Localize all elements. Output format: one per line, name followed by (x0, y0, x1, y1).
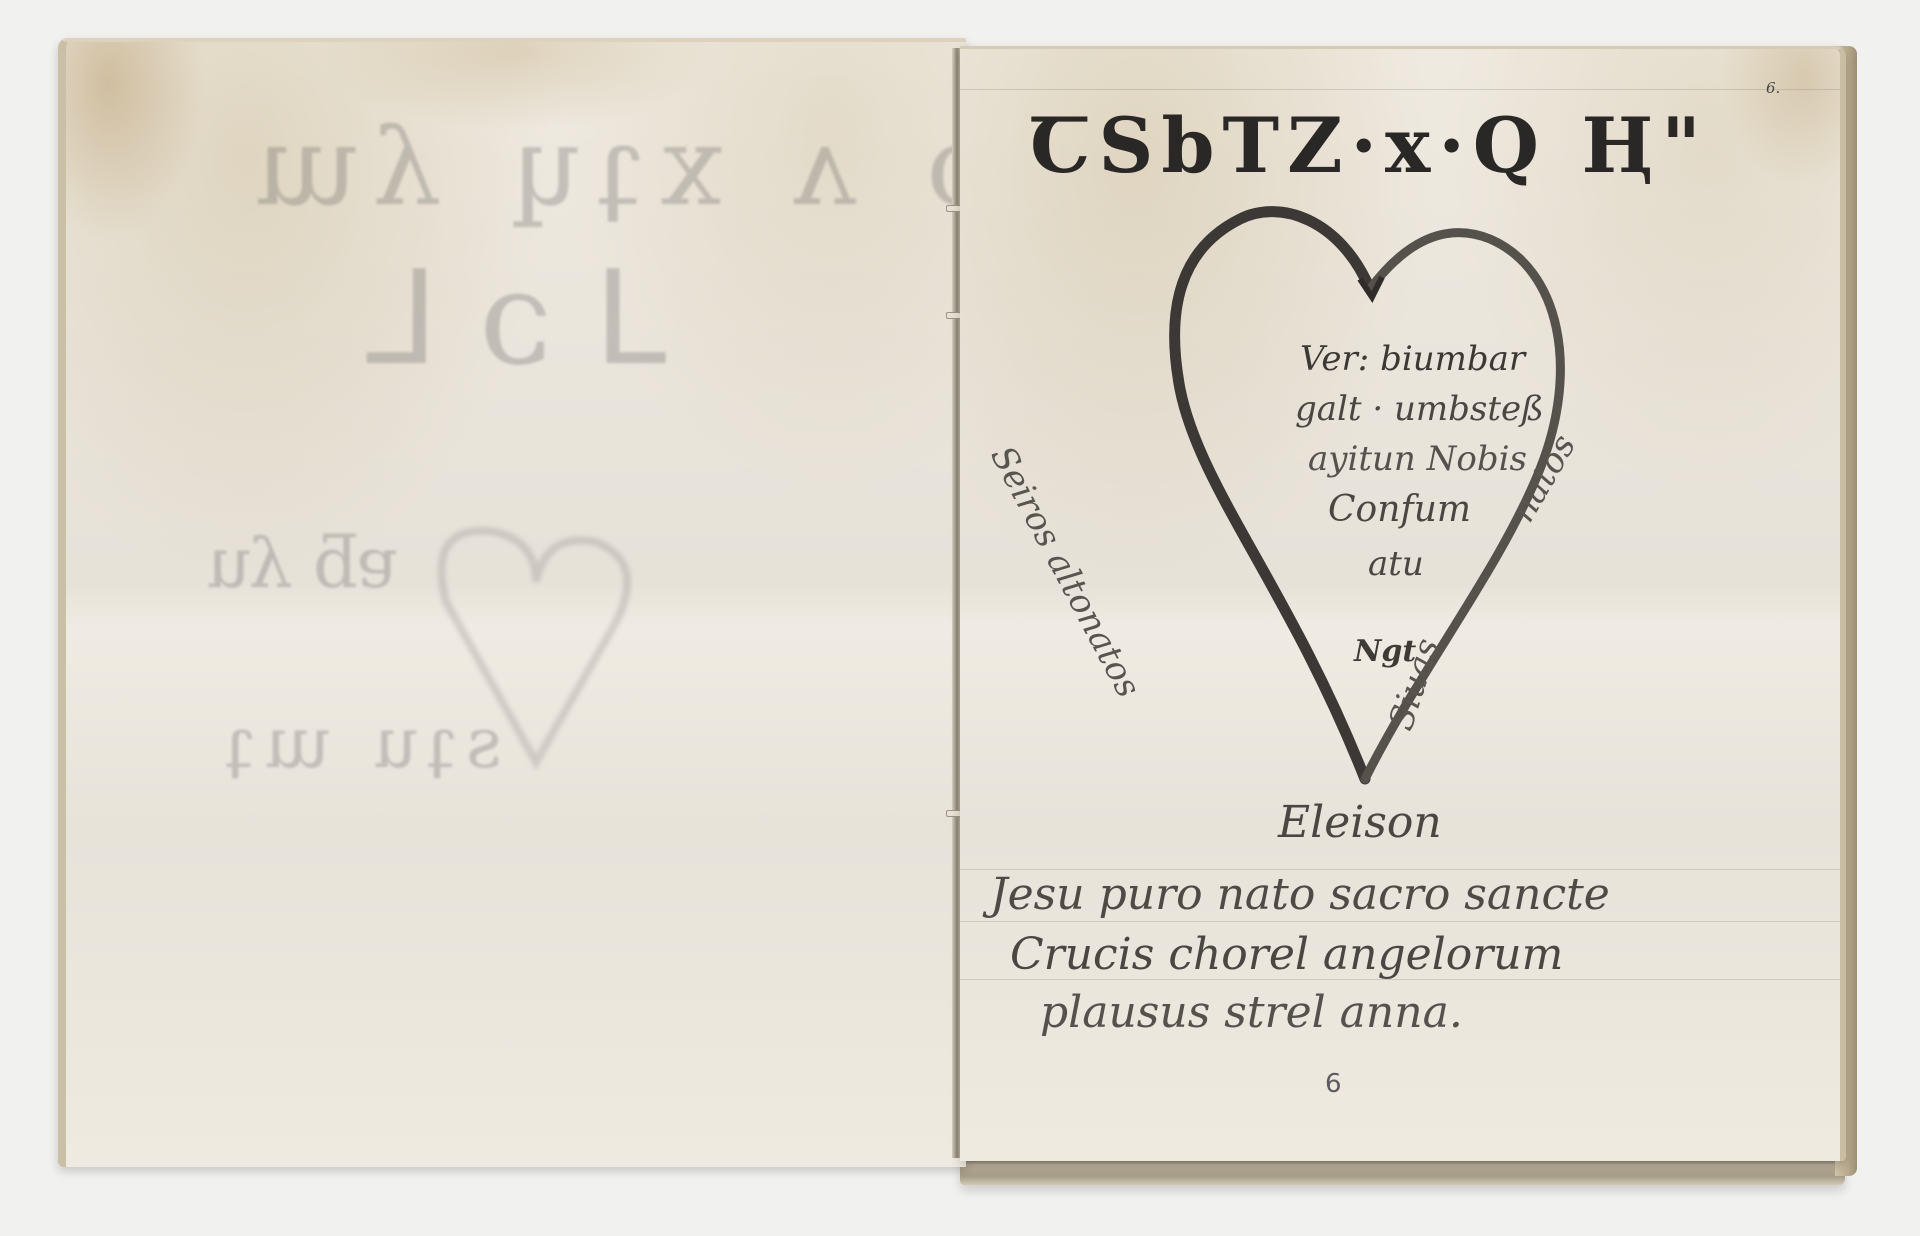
folio-number: 6. (1766, 79, 1780, 97)
cipher-heading: ꞆSbTZ·x·Q Ⱨ" (1030, 101, 1709, 190)
heart-text-line: atu (1368, 544, 1424, 584)
bleed-through-mark: ᒧ ɔ ᒪ (366, 242, 673, 394)
heart-text-line: Ver: biumbar (1300, 339, 1525, 379)
heart-left-arc-text: Seiros altonatos (982, 440, 1148, 705)
text-line: Crucis chorel angelorum (1010, 929, 1563, 980)
heart-text-line: ayitun Nobis (1308, 439, 1527, 479)
ruled-line (960, 89, 1840, 90)
heart-text-line: galt · umbsteß (1295, 389, 1544, 429)
text-line: plausus strel anna. (1040, 987, 1463, 1038)
left-page: ʍɔ ʌ xʇɥ ʎɯ ᒧ ɔ ᒪ ɐƃ ʎu sʇu ɯʇ (58, 38, 966, 1167)
bleed-through-heart (386, 502, 686, 782)
bleed-through-text: ɐƃ ʎu (206, 522, 399, 604)
text-line-eleison: Eleison (1278, 797, 1442, 848)
right-page: 6. ꞆSbTZ·x·Q Ⱨ" Ver: biumbar galt · umbs… (960, 46, 1846, 1161)
open-manuscript: ʍɔ ʌ xʇɥ ʎɯ ᒧ ɔ ᒪ ɐƃ ʎu sʇu ɯʇ 6. ꞆSbTZ·… (0, 0, 1920, 1236)
ruled-line (960, 921, 1840, 922)
heart-text-line: Confum (1328, 489, 1471, 530)
water-stain (1720, 49, 1840, 189)
text-line: Jesu puro nato sacro sancte (990, 869, 1610, 920)
water-stain (66, 42, 206, 242)
page-number: 6 (1325, 1069, 1342, 1099)
